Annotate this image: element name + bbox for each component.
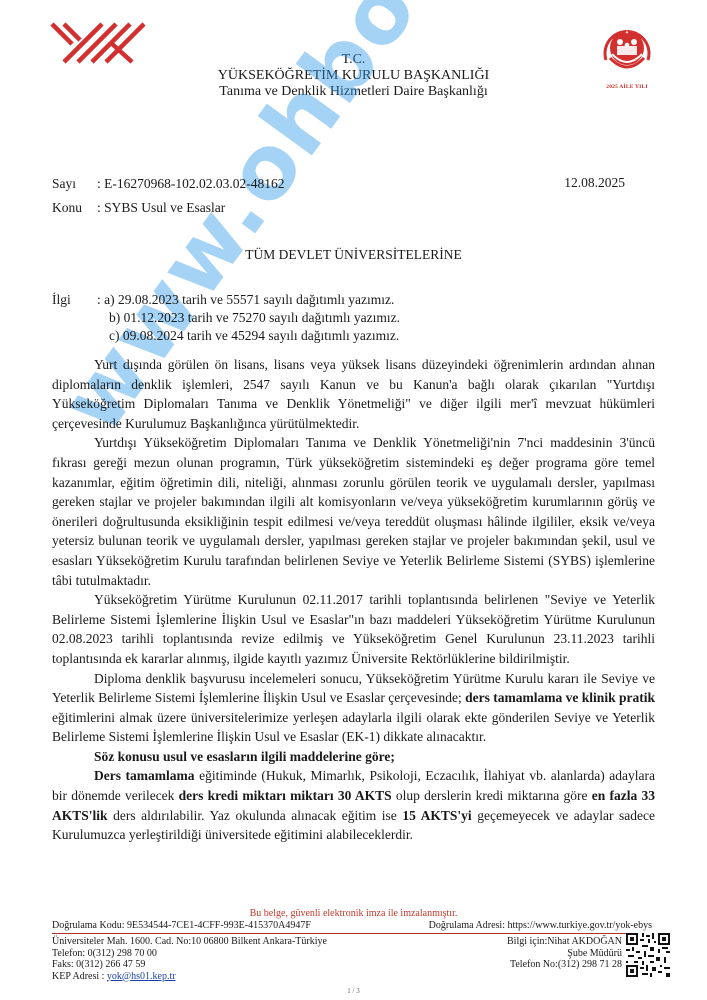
info-title: Şube Müdürü [507, 948, 622, 960]
bold-text: ders tamamlama ve klinik pratik [465, 690, 655, 705]
fax: Faks: 0(312) 266 47 59 [52, 959, 327, 971]
header-institution: YÜKSEKÖĞRETİM KURULU BAŞKANLIĞI [0, 68, 707, 84]
letter-body: Yurt dışında görülen ön lisans, lisans v… [52, 355, 655, 845]
paragraph-5: Söz konusu usul ve esasların ilgili madd… [52, 747, 655, 767]
addressee: TÜM DEVLET ÜNİVERSİTELERİNE [0, 247, 707, 263]
sayi-value: : E-16270968-102.02.03.02-48162 [97, 176, 284, 191]
verification-address[interactable]: Doğrulama Adresi: https://www.turkiye.go… [429, 920, 652, 931]
kep-label: KEP Adresi : [52, 971, 107, 982]
info-phone: Telefon No:(312) 298 71 28 [507, 959, 622, 971]
contact-info: Üniversiteler Mah. 1600. Cad. No:10 0680… [52, 936, 327, 982]
ilgi-item: : a) 29.08.2023 tarih ve 55571 sayılı da… [97, 292, 394, 307]
konu-label: Konu [52, 199, 97, 217]
paragraph-4: Diploma denklik başvurusu incelemeleri s… [52, 669, 655, 747]
konu-row: Konu: SYBS Usul ve Esaslar [52, 199, 225, 217]
paragraph-6: Ders tamamlama eğitiminde (Hukuk, Mimarl… [52, 766, 655, 844]
paragraph-3: Yükseköğretim Yürütme Kurulunun 02.11.20… [52, 590, 655, 668]
text: olup derslerin kredi miktarına göre [392, 788, 592, 803]
bold-text: 15 AKTS'yi [402, 808, 471, 823]
e-signature-note: Bu belge, güvenli elektronik imza ile im… [0, 908, 707, 919]
letterhead: T.C. YÜKSEKÖĞRETİM KURULU BAŞKANLIĞI Tan… [0, 52, 707, 100]
ilgi-item: b) 01.12.2023 tarih ve 75270 sayılı dağı… [52, 309, 400, 327]
bold-text: Söz konusu usul ve esasların ilgili madd… [94, 749, 395, 764]
address: Üniversiteler Mah. 1600. Cad. No:10 0680… [52, 936, 327, 948]
sayi-label: Sayı [52, 175, 97, 193]
kep-row: KEP Adresi : yok@hs01.kep.tr [52, 971, 327, 983]
paragraph-2: Yurtdışı Yükseköğretim Diplomaları Tanım… [52, 433, 655, 590]
kep-address-link[interactable]: yok@hs01.kep.tr [107, 971, 176, 982]
document-date: 12.08.2025 [564, 175, 625, 191]
page-number: 1 / 3 [0, 987, 707, 995]
sayi-row: Sayı: E-16270968-102.02.03.02-48162 [52, 175, 284, 193]
bold-text: ders kredi miktarı miktarı 30 AKTS [179, 788, 392, 803]
contact-person: Bilgi için:Nihat AKDOĞAN Şube Müdürü Tel… [507, 936, 622, 971]
konu-value: : SYBS Usul ve Esaslar [97, 200, 225, 215]
ilgi-item: c) 09.08.2024 tarih ve 45294 sayılı dağı… [52, 327, 400, 345]
verification-row: Doğrulama Kodu: 9E534544-7CE1-4CFF-993E-… [52, 920, 652, 931]
header-department: Tanıma ve Denklik Hizmetleri Daire Başka… [0, 84, 707, 100]
paragraph-1: Yurt dışında görülen ön lisans, lisans v… [52, 355, 655, 433]
phone: Telefon: 0(312) 298 70 00 [52, 948, 327, 960]
bold-text: Ders tamamlama [94, 768, 195, 783]
qr-code-icon[interactable] [626, 933, 670, 977]
verification-code: Doğrulama Kodu: 9E534544-7CE1-4CFF-993E-… [52, 920, 311, 931]
info-contact: Bilgi için:Nihat AKDOĞAN [507, 936, 622, 948]
ilgi-block: İlgi: a) 29.08.2023 tarih ve 55571 sayıl… [52, 291, 400, 345]
ilgi-label: İlgi [52, 291, 97, 309]
svg-text:✦: ✦ [625, 30, 629, 36]
footer-divider [52, 933, 652, 934]
text: eğitimlerini almak üzere üniversitelerim… [52, 710, 655, 745]
text: ders aldırılabilir. Yaz okulunda alınaca… [108, 808, 403, 823]
header-tc: T.C. [0, 52, 707, 68]
